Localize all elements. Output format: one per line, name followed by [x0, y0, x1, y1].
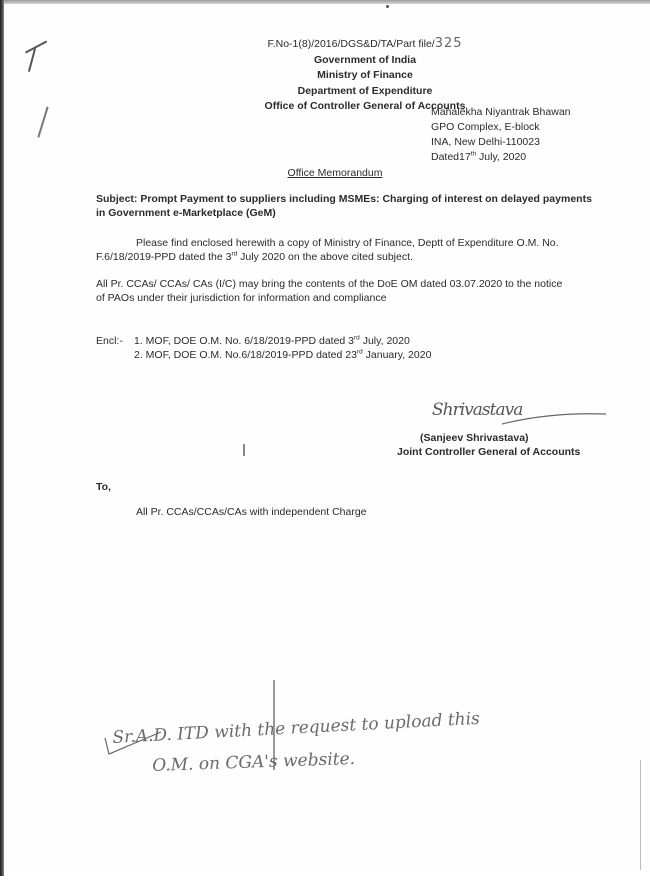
address-line: INA, New Delhi-110023 [431, 135, 571, 150]
subject-line-2: in Government e-Marketplace (GeM) [96, 206, 276, 220]
recipient: All Pr. CCAs/CCAs/CAs with independent C… [136, 505, 367, 519]
handwritten-file-number: 325 [435, 36, 463, 51]
letterhead: F.No-1(8)/2016/DGS&D/TA/Part file/325 Go… [250, 36, 480, 115]
letterhead-line: Department of Expenditure [250, 84, 480, 100]
letterhead-line: Ministry of Finance [250, 68, 480, 84]
file-number: F.No-1(8)/2016/DGS&D/TA/Part file/325 [250, 36, 480, 53]
address-block: Mahalekha Niyantrak Bhawan GPO Complex, … [431, 105, 571, 165]
page-bottom-margin [0, 877, 650, 896]
scan-artifact [243, 444, 245, 456]
address-line: Mahalekha Niyantrak Bhawan [431, 105, 571, 120]
enclosures-label: Encl:- [96, 334, 123, 348]
body-para2-line2: of PAOs under their jurisdiction for inf… [96, 291, 386, 305]
enclosure-item: 1. MOF, DOE O.M. No. 6/18/2019-PPD dated… [134, 334, 410, 348]
document-page: F.No-1(8)/2016/DGS&D/TA/Part file/325 Go… [0, 0, 650, 896]
to-label: To, [96, 480, 111, 494]
signatory-designation: Joint Controller General of Accounts [397, 445, 580, 459]
date-line: Dated17th July, 2020 [431, 150, 571, 165]
body-para1-line2: F.6/18/2019-PPD dated the 3rd July 2020 … [96, 250, 413, 264]
signature-flourish [500, 408, 610, 428]
scan-left-edge [0, 0, 4, 876]
handwritten-note-line-2: O.M. on CGA's website. [152, 749, 355, 776]
scan-top-edge [0, 0, 650, 4]
enclosure-item: 2. MOF, DOE O.M. No.6/18/2019-PPD dated … [134, 348, 431, 362]
letterhead-line: Government of India [250, 53, 480, 69]
address-line: GPO Complex, E-block [431, 120, 571, 135]
scan-dot [386, 5, 389, 8]
subject-line-1: Subject: Prompt Payment to suppliers inc… [96, 192, 592, 206]
signatory-name: (Sanjeev Shrivastava) [420, 431, 529, 445]
handwritten-note-line-1: Sr.A.D. ITD with the request to upload t… [112, 709, 480, 748]
body-para2-line1: All Pr. CCAs/ CCAs/ CAs (I/C) may bring … [96, 277, 562, 291]
memo-title: Office Memorandum [260, 166, 410, 180]
body-para1-line1: Please find enclosed herewith a copy of … [136, 236, 559, 250]
scan-artifact [640, 760, 641, 870]
